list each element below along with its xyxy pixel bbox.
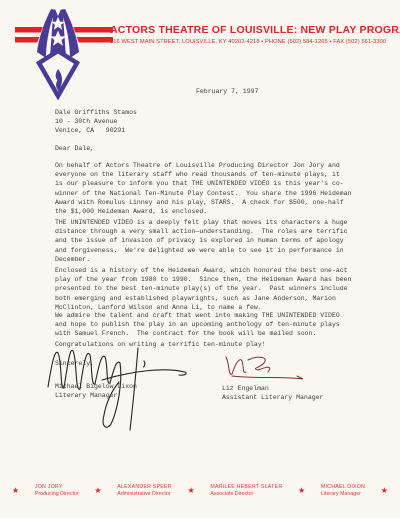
star-icon: ★ [94,487,101,495]
star-icon: ★ [12,487,19,495]
star-icon: ★ [381,487,388,495]
footer-title: Literary Manager [321,491,365,498]
paragraph-4: We admire the talent and craft that went… [55,311,340,339]
paragraph-2: THE UNINTENDED VIDEO is a deeply felt pl… [55,218,348,264]
footer-entry-marilee-hebert-slater: MARILEE HEBERT-SLATER Associate Director [210,484,282,498]
footer-title: Associate Director [210,491,282,498]
letterhead-address: 316 WEST MAIN STREET, LOUISVILLE, KY 402… [110,39,395,45]
footer-name: ALEXANDER SPEER [117,484,172,491]
footer-title: Producing Director [35,491,79,498]
staff-footer: ★ JON JORY Producing Director ★ ALEXANDE… [12,484,388,498]
salutation: Dear Dale, [55,144,94,153]
paragraph-3: Enclosed is a history of the Heideman Aw… [55,266,351,312]
signer-title-liz: Assistant Literary Manager [222,393,323,402]
letterhead-title: ACTORS THEATRE OF LOUISVILLE: NEW PLAY P… [110,24,395,36]
footer-entry-jon-jory: JON JORY Producing Director [35,484,79,498]
paragraph-1: On behalf of Actors Theatre of Louisvill… [55,161,351,216]
footer-title: Administrative Director [117,491,172,498]
star-icon: ★ [298,487,305,495]
signature-liz-engelman [218,352,308,388]
footer-name: MARILEE HEBERT-SLATER [210,484,282,491]
letter-page: ACTORS THEATRE OF LOUISVILLE: NEW PLAY P… [0,0,400,518]
signer-title-michael: Literary Manager [55,391,117,400]
footer-name: MICHAEL DIXON [321,484,365,491]
theatre-logo-icon [15,5,115,100]
signer-name-michael: Michael Bigelow Dixon [55,382,137,391]
footer-name: JON JORY [35,484,79,491]
signer-name-liz: Liz Engelman [222,384,269,393]
letter-date: February 7, 1997 [196,87,258,96]
footer-entry-alexander-speer: ALEXANDER SPEER Administrative Director [117,484,172,498]
footer-entry-michael-dixon: MICHAEL DIXON Literary Manager [321,484,365,498]
letterhead: ACTORS THEATRE OF LOUISVILLE: NEW PLAY P… [110,24,395,45]
recipient-address: Dale Griffiths Stamos 10 - 30th Avenue V… [55,108,137,136]
star-icon: ★ [187,487,194,495]
